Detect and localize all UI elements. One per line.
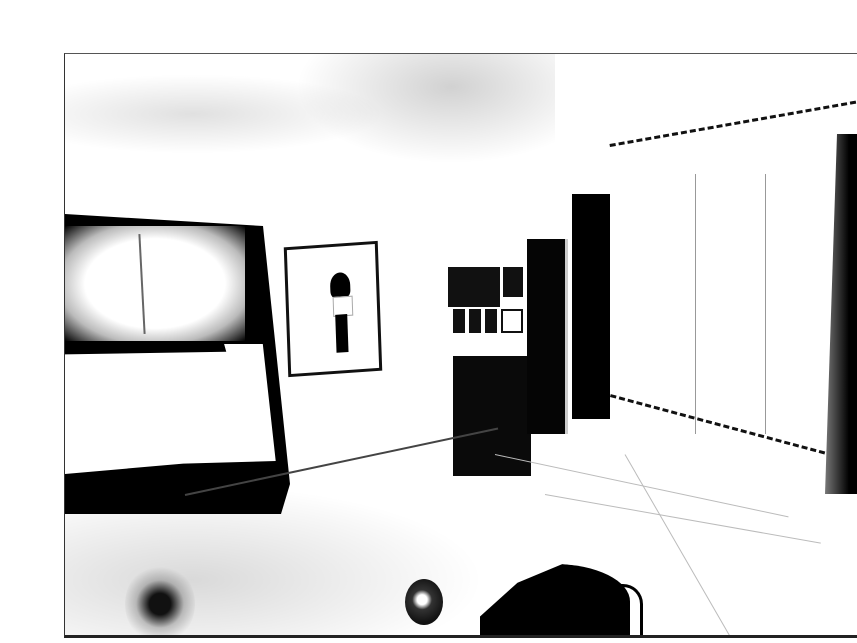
framed-picture [284, 241, 382, 377]
dresser [453, 356, 531, 476]
wall-photo [469, 309, 481, 333]
window-glass [65, 226, 245, 341]
helmet [405, 579, 443, 625]
curtain-fold [765, 174, 766, 434]
object-on-bed [125, 564, 195, 638]
ceiling-corner-shading [295, 54, 555, 164]
wall-photo [485, 309, 497, 333]
bag-strap [620, 584, 643, 638]
curtain-fold [695, 174, 696, 434]
black-bag [480, 564, 630, 638]
window-light-area [65, 344, 280, 474]
wall-photo [501, 309, 523, 333]
floor-tile-line [545, 494, 821, 544]
photo-frame [64, 53, 857, 638]
doorway [527, 239, 568, 434]
right-wall-shadow [825, 134, 857, 494]
picture-figures [328, 272, 357, 354]
curtain-shadow [572, 194, 610, 419]
figure-legs [335, 314, 348, 353]
wall-photo-small [503, 267, 523, 297]
wall-photo [453, 309, 465, 333]
wall-photo-large [448, 267, 500, 307]
wall-photo-row [453, 309, 523, 335]
